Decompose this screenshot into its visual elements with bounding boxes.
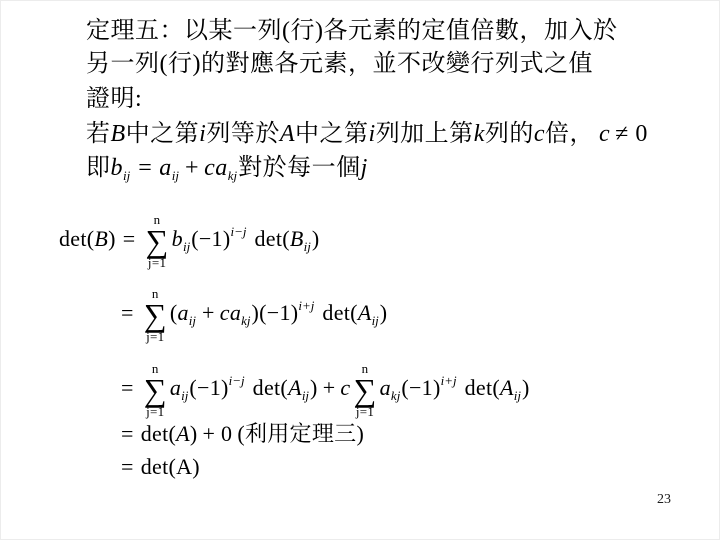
paren-close-1: ) <box>108 226 116 251</box>
sub-ij-minor: ij <box>304 239 311 254</box>
plus-sign: + <box>323 375 336 400</box>
var-ca: ca <box>204 155 228 181</box>
equals-sign: = <box>121 375 134 400</box>
det-open-2: det( <box>254 226 289 251</box>
paren-close: ) <box>190 421 198 446</box>
sum-lower-limit: j=1 <box>146 405 164 418</box>
det-open-2: det( <box>465 375 500 400</box>
var-b: b <box>111 155 124 181</box>
theorem-title-line-2: 另一列(行)的對應各元素，並不改變行列式之值 <box>86 50 593 78</box>
exp-i-plus-j: i+j <box>298 298 314 313</box>
var-c-1: c <box>534 121 545 147</box>
var-A-minor: A <box>358 300 372 325</box>
text-liejiashangdi: 列加上第 <box>376 121 474 147</box>
sub-ij: ij <box>183 239 190 254</box>
equals-sign: = <box>121 454 134 479</box>
det-open-1: det( <box>59 226 94 251</box>
summation-symbol-2: n∑j=1 <box>353 362 376 418</box>
neg-one-factor: (−1) <box>191 226 230 251</box>
formula-result-with-note: =det(A)+ 0(利用定理三) <box>121 421 364 447</box>
sub-ij: ij <box>189 313 196 328</box>
element-relation-line: 即bij=aij+cakj對於每一個j <box>86 154 368 183</box>
sum-lower-limit: j=1 <box>148 256 166 269</box>
neg-one-factor-1: (−1) <box>189 375 228 400</box>
equals-sign: = <box>123 226 136 251</box>
proof-label: 證明: <box>86 85 142 113</box>
plus-sign: + <box>202 300 215 325</box>
det-open: det( <box>141 421 176 446</box>
var-k: k <box>474 121 485 147</box>
slide-canvas: 定理五：以某一列(行)各元素的定值倍數，加入於 另一列(行)的對應各元素，並不改… <box>0 0 720 540</box>
theorem-reference-note: (利用定理三) <box>237 421 364 446</box>
theorem-title-line-1: 定理五：以某一列(行)各元素的定值倍數，加入於 <box>86 17 617 45</box>
var-A-minor-2: A <box>500 375 514 400</box>
var-B-minor: B <box>290 226 304 251</box>
var-A: A <box>176 421 190 446</box>
exp-i-plus-j: i+j <box>441 373 457 388</box>
plus-zero: + 0 <box>203 421 233 446</box>
exp-i-minus-j: i−j <box>230 224 246 239</box>
var-j: j <box>361 155 368 181</box>
det-open-1: det( <box>253 375 288 400</box>
paren-close-2: ) <box>522 375 530 400</box>
text-liedengyu: 列等於 <box>206 121 280 147</box>
var-A-minor-1: A <box>288 375 302 400</box>
text-zhongzhidi-1: 中之第 <box>126 121 200 147</box>
sum-lower-limit: j=1 <box>146 330 164 343</box>
page-number: 23 <box>657 492 671 508</box>
sub-kj-ca: kj <box>228 168 237 183</box>
equals-sign: = <box>121 300 134 325</box>
neg-one-factor-2: (−1) <box>401 375 440 400</box>
det-A-final: det(A) <box>141 454 200 479</box>
text-liede: 列的 <box>485 121 534 147</box>
sum-lower-limit: j=1 <box>356 405 374 418</box>
text-duiyumeiyige: 對於每一個 <box>238 155 361 181</box>
text-ji: 即 <box>86 155 111 181</box>
sub-ij-b: ij <box>123 168 130 183</box>
sub-ij: ij <box>181 388 188 403</box>
equals-sign: = <box>138 155 152 181</box>
sigma-icon: ∑ <box>144 300 167 330</box>
sub-ij-minor: ij <box>372 313 379 328</box>
summation-symbol: n∑j=1 <box>146 213 169 269</box>
var-B: B <box>111 121 126 147</box>
sigma-icon: ∑ <box>146 226 169 256</box>
formula-final-result: =det(A) <box>121 454 200 480</box>
var-a-term-1: a <box>170 375 181 400</box>
det-open: det( <box>322 300 357 325</box>
sub-ij-a: ij <box>172 168 179 183</box>
var-c-coeff: c <box>340 375 350 400</box>
var-ca-term: ca <box>220 300 241 325</box>
neq-zero: ≠ 0 <box>615 121 648 147</box>
summation-symbol-1: n∑j=1 <box>144 362 167 418</box>
formula-substituted-expansion: =n∑j=1(aij+cakj)(−1)i+jdet(Aij) <box>121 275 387 337</box>
text-ruo: 若 <box>86 121 111 147</box>
exp-i-minus-j: i−j <box>229 373 245 388</box>
plus-sign: + <box>185 155 199 181</box>
paren-close: ) <box>380 300 388 325</box>
sigma-icon: ∑ <box>353 375 376 405</box>
text-zhongzhidi-2: 中之第 <box>295 121 369 147</box>
var-i-2: i <box>369 121 376 147</box>
paren-close-neg-one: )(−1) <box>252 300 299 325</box>
var-A: A <box>280 121 295 147</box>
formula-det-B-expansion: det(B)=n∑j=1bij(−1)i−jdet(Bij) <box>59 201 319 263</box>
equals-sign: = <box>121 421 134 446</box>
sub-kj: kj <box>241 313 250 328</box>
sub-kj: kj <box>391 388 400 403</box>
text-bei-comma: 倍， <box>545 121 594 147</box>
sigma-icon: ∑ <box>144 375 167 405</box>
var-B-lhs: B <box>94 226 108 251</box>
formula-split-sums: =n∑j=1aij(−1)i−jdet(Aij)+cn∑j=1akj(−1)i+… <box>121 350 530 412</box>
sub-ij-minor-2: ij <box>514 388 521 403</box>
sub-ij-minor-1: ij <box>302 388 309 403</box>
var-a-term: a <box>177 300 188 325</box>
assumption-line: 若B中之第i列等於A中之第i列加上第k列的c倍，c≠ 0 <box>86 120 648 148</box>
paren-close-1: ) <box>310 375 318 400</box>
summation-symbol: n∑j=1 <box>144 287 167 343</box>
var-a: a <box>159 155 172 181</box>
var-a-term-2: a <box>380 375 391 400</box>
paren-close-2: ) <box>312 226 320 251</box>
var-c-2: c <box>599 121 610 147</box>
var-b-term: b <box>172 226 183 251</box>
